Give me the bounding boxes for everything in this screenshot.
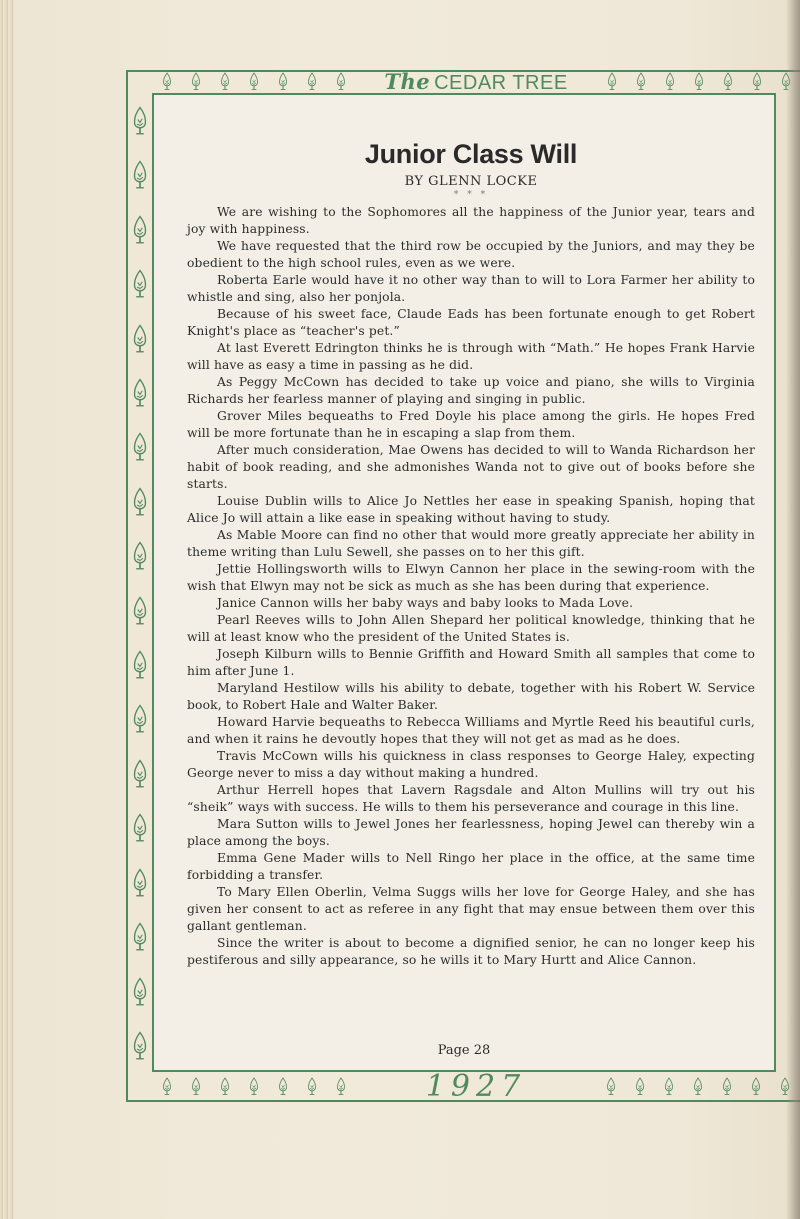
cedar-tree-icon — [655, 72, 684, 92]
cedar-tree-icon — [742, 72, 771, 92]
top-right-ornaments — [597, 72, 800, 92]
top-left-ornaments — [152, 72, 355, 92]
will-paragraph: As Peggy McCown has decided to take up v… — [187, 374, 755, 408]
will-paragraph: Emma Gene Mader wills to Nell Ringo her … — [187, 850, 755, 884]
cedar-tree-icon — [128, 972, 152, 1014]
masthead-name: CEDAR TREE — [434, 72, 568, 94]
masthead-band: TheCEDAR TREE — [152, 71, 800, 93]
will-paragraph: Pearl Reeves wills to John Allen Shepard… — [187, 612, 755, 646]
cedar-tree-icon — [128, 536, 152, 578]
bottom-left-ornaments — [152, 1077, 355, 1097]
article-body: We are wishing to the Sophomores all the… — [187, 204, 755, 969]
will-paragraph: We are wishing to the Sophomores all the… — [187, 204, 755, 238]
will-paragraph: Howard Harvie bequeaths to Rebecca Willi… — [187, 714, 755, 748]
cedar-tree-icon — [326, 72, 355, 92]
will-paragraph: We have requested that the third row be … — [187, 238, 755, 272]
cedar-tree-icon — [713, 72, 742, 92]
page-gutter-shadow — [786, 0, 800, 1219]
cedar-tree-icon — [684, 72, 713, 92]
will-paragraph: Louise Dublin wills to Alice Jo Nettles … — [187, 493, 755, 527]
will-paragraph: At last Everett Edrington thinks he is t… — [187, 340, 755, 374]
cedar-tree-icon — [128, 373, 152, 415]
will-paragraph: Joseph Kilburn wills to Bennie Griffith … — [187, 646, 755, 680]
cedar-tree-icon — [128, 264, 152, 306]
cedar-tree-icon — [128, 917, 152, 959]
cedar-tree-icon — [128, 427, 152, 469]
cedar-tree-icon — [626, 1077, 655, 1097]
article-title: Junior Class Will — [187, 138, 755, 170]
cedar-tree-icon — [684, 1077, 713, 1097]
cedar-tree-icon — [181, 1077, 210, 1097]
cedar-tree-icon — [128, 210, 152, 252]
will-paragraph: Janice Cannon wills her baby ways and ba… — [187, 595, 755, 612]
cedar-tree-icon — [239, 1077, 268, 1097]
footer-band: 1927 — [152, 1073, 800, 1101]
publication-masthead: TheCEDAR TREE — [378, 69, 573, 95]
cedar-tree-icon — [128, 482, 152, 524]
will-paragraph: As Mable Moore can find no other that wo… — [187, 527, 755, 561]
will-paragraph: To Mary Ellen Oberlin, Velma Suggs wills… — [187, 884, 755, 935]
will-paragraph: Since the writer is about to become a di… — [187, 935, 755, 969]
will-paragraph: Because of his sweet face, Claude Eads h… — [187, 306, 755, 340]
will-paragraph: Jettie Hollingsworth wills to Elwyn Cann… — [187, 561, 755, 595]
cedar-tree-icon — [239, 72, 268, 92]
cedar-tree-icon — [128, 591, 152, 633]
will-paragraph: Grover Miles bequeaths to Fred Doyle his… — [187, 408, 755, 442]
bottom-right-ornaments — [597, 1077, 800, 1097]
cedar-tree-icon — [152, 72, 181, 92]
cedar-tree-icon — [268, 1077, 297, 1097]
cedar-tree-icon — [128, 754, 152, 796]
cedar-tree-icon — [326, 1077, 355, 1097]
will-paragraph: Maryland Hestilow wills his ability to d… — [187, 680, 755, 714]
cedar-tree-icon — [128, 863, 152, 905]
cedar-tree-icon — [742, 1077, 771, 1097]
cedar-tree-icon — [713, 1077, 742, 1097]
cedar-tree-icon — [128, 101, 152, 143]
will-paragraph: Roberta Earle would have it no other way… — [187, 272, 755, 306]
will-paragraph: After much consideration, Mae Owens has … — [187, 442, 755, 493]
cedar-tree-icon — [297, 72, 326, 92]
cedar-tree-icon — [128, 1026, 152, 1068]
cedar-tree-icon — [626, 72, 655, 92]
left-ornament-column — [128, 95, 152, 1070]
section-separator: * * * — [187, 190, 755, 200]
cedar-tree-icon — [655, 1077, 684, 1097]
cedar-tree-icon — [181, 72, 210, 92]
cedar-tree-icon — [297, 1077, 326, 1097]
page-number: Page 28 — [152, 1043, 776, 1058]
will-paragraph: Travis McCown wills his quickness in cla… — [187, 748, 755, 782]
book-binding-edge — [0, 0, 14, 1219]
cedar-tree-icon — [152, 1077, 181, 1097]
cedar-tree-icon — [210, 72, 239, 92]
cedar-tree-icon — [128, 645, 152, 687]
yearbook-year: 1927 — [416, 1073, 536, 1101]
cedar-tree-icon — [597, 1077, 626, 1097]
cedar-tree-icon — [128, 808, 152, 850]
cedar-tree-icon — [268, 72, 297, 92]
cedar-tree-icon — [210, 1077, 239, 1097]
cedar-tree-icon — [128, 155, 152, 197]
article-byline: BY GLENN LOCKE — [187, 174, 755, 190]
cedar-tree-icon — [128, 699, 152, 741]
article: Junior Class Will BY GLENN LOCKE * * * W… — [187, 138, 755, 969]
cedar-tree-icon — [128, 319, 152, 361]
will-paragraph: Mara Sutton wills to Jewel Jones her fea… — [187, 816, 755, 850]
cedar-tree-icon — [597, 72, 626, 92]
masthead-prefix: The — [384, 69, 430, 94]
will-paragraph: Arthur Herrell hopes that Lavern Ragsdal… — [187, 782, 755, 816]
